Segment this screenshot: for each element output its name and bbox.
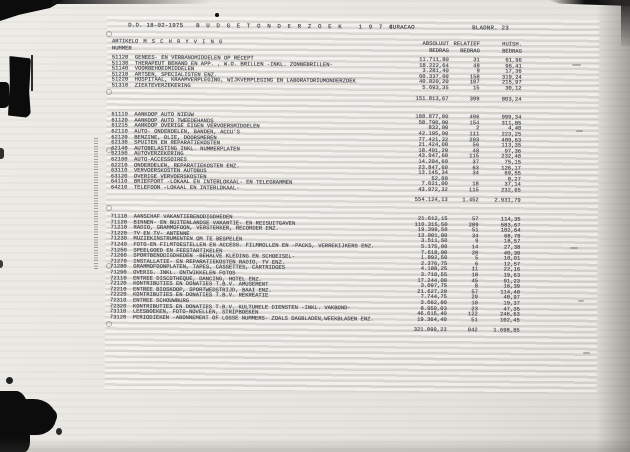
omschrijving-cell: PERIODIEKEN -ABONNEMENT OF LOSSE NUMMERS… [133,314,385,322]
scan-artifact-top-line [52,0,212,4]
document-date: D.D. 18-02-1975 [128,22,183,29]
table-section: 61110AANKOOP AUTO NIEUW188.877,00496999,… [111,112,522,204]
margin-feed-mark [106,321,112,327]
total-relatief-cell: 399 [449,96,480,102]
absoluut-cell: 43.972,32 [386,186,448,192]
scan-artifact-dot [215,13,219,17]
margin-feed-mark [106,31,112,37]
margin-feed-mark [106,147,112,153]
huish-cell: 102,45 [478,317,520,323]
artikel-cell: 73120 [110,314,133,320]
total-huish-cell: 1.698,85 [478,328,520,334]
huish-cell: 232,65 [479,187,521,193]
scan-artifact-speck [56,428,62,435]
column-header-row-2: NUMMER BEDRAG BEDRAG BEDRAG [112,45,522,54]
col-nummer: NUMMER [112,45,135,51]
artikel-cell: 51310 [112,82,135,88]
scan-smudge [578,300,584,302]
page-edge-shadow-bottom [0,438,630,452]
section-total-row: 151.813,67399803,24 [112,93,522,102]
scan-artifact-left-line [31,55,33,91]
table-section: 71110AANSCHAF VAKANTIEBENODIGDHEDEN21.61… [110,214,521,334]
scanned-document-page: D.D. 18-02-1975 B U D G E T O N D E R Z … [0,0,630,452]
scan-artifact-left-bar [8,56,31,118]
page-edge-shadow-right [596,0,630,452]
section-total-row: 321.099,238421.698,85 [110,325,520,334]
col-huish-bedrag: BEDRAG [480,48,522,54]
margin-microtext-illegible [94,138,98,270]
table-body: 51120GENEES- EN VERBANDMIDDELEN OP RECEP… [110,54,522,333]
total-relatief-cell: 842 [447,327,478,333]
section-total-row: 554.124,131.4522.931,79 [111,195,521,204]
huish-cell: 30,12 [480,85,522,91]
omschrijving-cell: TELEFOON -LOKAAL EN INTERLOKAAL- [134,184,386,192]
col-absoluut: ABSOLUUT [387,41,449,47]
total-absoluut-cell: 151.813,67 [387,95,449,101]
region-label: CURACAO [389,24,415,31]
scan-smudge [570,247,578,249]
col-absoluut-bedrag: BEDRAG [387,47,449,53]
total-relatief-cell: 1.452 [448,198,479,204]
margin-feed-mark [106,89,112,95]
document-title: B U D G E T O N D E R Z O E K 1 9 7 4 [196,22,394,31]
artikel-cell [110,325,133,331]
margin-feed-mark [106,205,112,211]
scan-smudge [576,130,583,132]
omschrijving-cell [135,93,387,101]
scan-artifact-speck [0,148,4,159]
artikel-cell [111,195,134,201]
total-absoluut-cell: 321.099,23 [385,327,447,333]
scan-smudge [583,352,590,354]
artikel-cell: 64210 [111,184,134,190]
scan-artifact-speck [6,377,13,384]
absoluut-cell: 5.693,35 [387,85,449,91]
page-number-label: BLADNR. 23 [472,24,509,31]
col-relatief-bedrag: BEDRAG [449,48,480,54]
absoluut-cell: 19.364,40 [385,316,447,322]
omschrijving-cell [134,195,386,203]
relatief-cell: 15 [449,85,480,91]
omschrijving-cell [133,325,385,333]
total-huish-cell: 2.931,79 [479,198,521,204]
relatief-cell: 51 [447,317,478,323]
scan-artifact-left-notch [0,82,9,108]
table-section: 51120GENEES- EN VERBANDMIDDELEN OP RECEP… [112,54,522,101]
omschrijving-cell: ZIEKTEVERZEKERING [135,83,387,91]
total-huish-cell: 803,24 [480,96,522,102]
scan-smudge [572,64,581,66]
total-absoluut-cell: 554.124,13 [386,197,448,203]
artikel-cell [112,93,135,99]
margin-feed-mark [106,263,112,269]
relatief-cell: 115 [448,187,479,193]
